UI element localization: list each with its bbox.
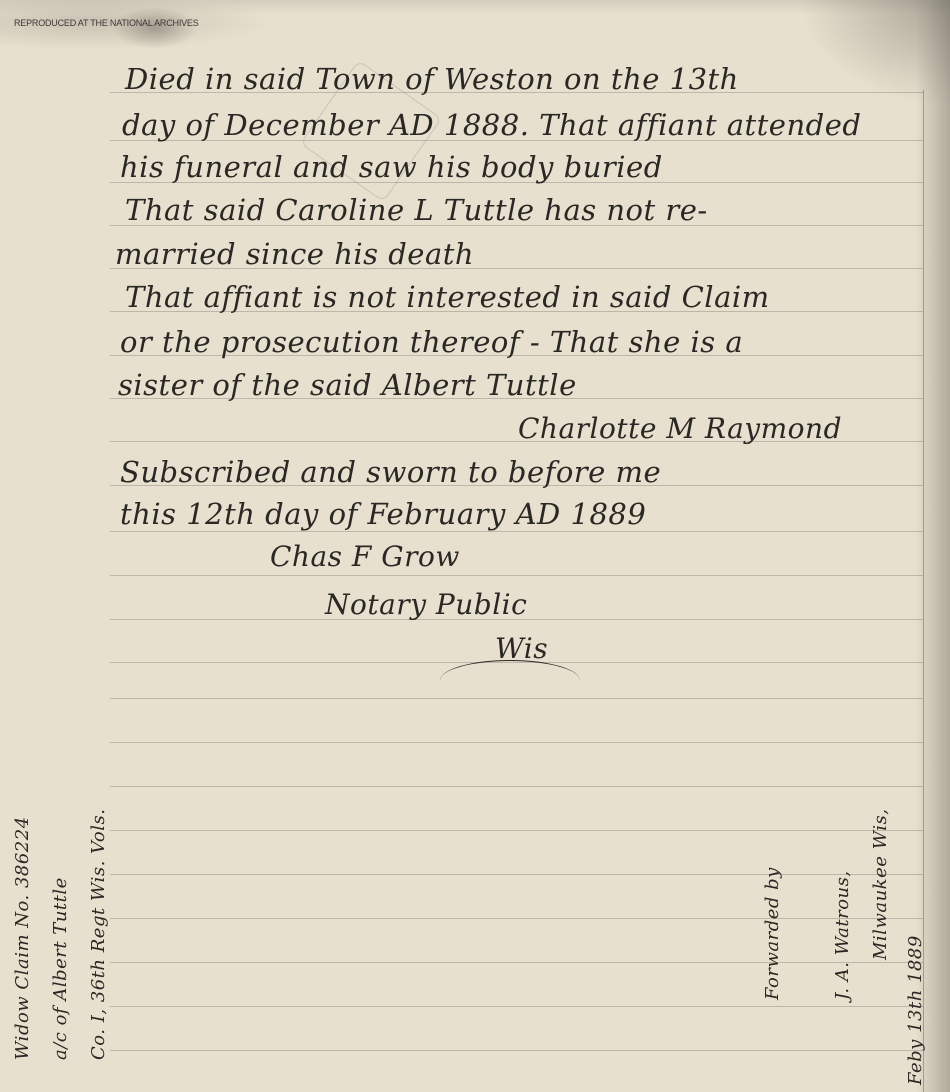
ruled-line [110,531,923,532]
notary-signature: Chas F Grow [270,540,460,573]
ruled-line [110,962,923,963]
page-edge-shadow [916,0,950,1092]
affidavit-line-2: day of December AD 1888. That affiant at… [122,108,861,142]
affidavit-line-5: married since his death [115,237,474,271]
affidavit-line-8: sister of the said Albert Tuttle [118,368,577,402]
ruled-line [110,786,923,787]
affidavit-line-4: That said Caroline L Tuttle has not re- [125,193,708,227]
endorsement-company-regiment: Co. I, 36th Regt Wis. Vols. [88,809,109,1060]
signature-flourish [440,660,580,701]
ruled-line [110,830,923,831]
endorsement-account-of: a/c of Albert Tuttle [50,877,71,1060]
affidavit-line-6: That affiant is not interested in said C… [125,280,770,314]
affidavit-line-7: or the prosecution thereof - That she is… [120,325,743,359]
endorsement-forwarded-by: Forwarded by [762,867,783,1000]
ruled-line [110,1006,923,1007]
notary-title: Notary Public [325,588,527,621]
affidavit-line-1: Died in said Town of Weston on the 13th [125,62,739,96]
archives-watermark: REPRODUCED AT THE NATIONAL ARCHIVES [14,18,199,28]
endorsement-claim-number: Widow Claim No. 386224 [12,816,33,1060]
jurat-line-2: this 12th day of February AD 1889 [120,497,646,531]
ruled-line [110,575,923,576]
ruled-line [110,918,923,919]
affiant-signature: Charlotte M Raymond [518,412,842,445]
ruled-line [110,742,923,743]
endorsement-date: Feby 13th 1889 [905,935,926,1085]
ruled-line [110,874,923,875]
ruled-line [110,1050,923,1051]
endorsement-agent-name: J. A. Watrous, [832,870,853,1000]
document-page: REPRODUCED AT THE NATIONAL ARCHIVES Died… [0,0,950,1092]
jurat-line-1: Subscribed and sworn to before me [120,455,661,489]
endorsement-agent-location: Milwaukee Wis, [870,808,891,960]
affidavit-line-3: his funeral and saw his body buried [120,150,663,184]
